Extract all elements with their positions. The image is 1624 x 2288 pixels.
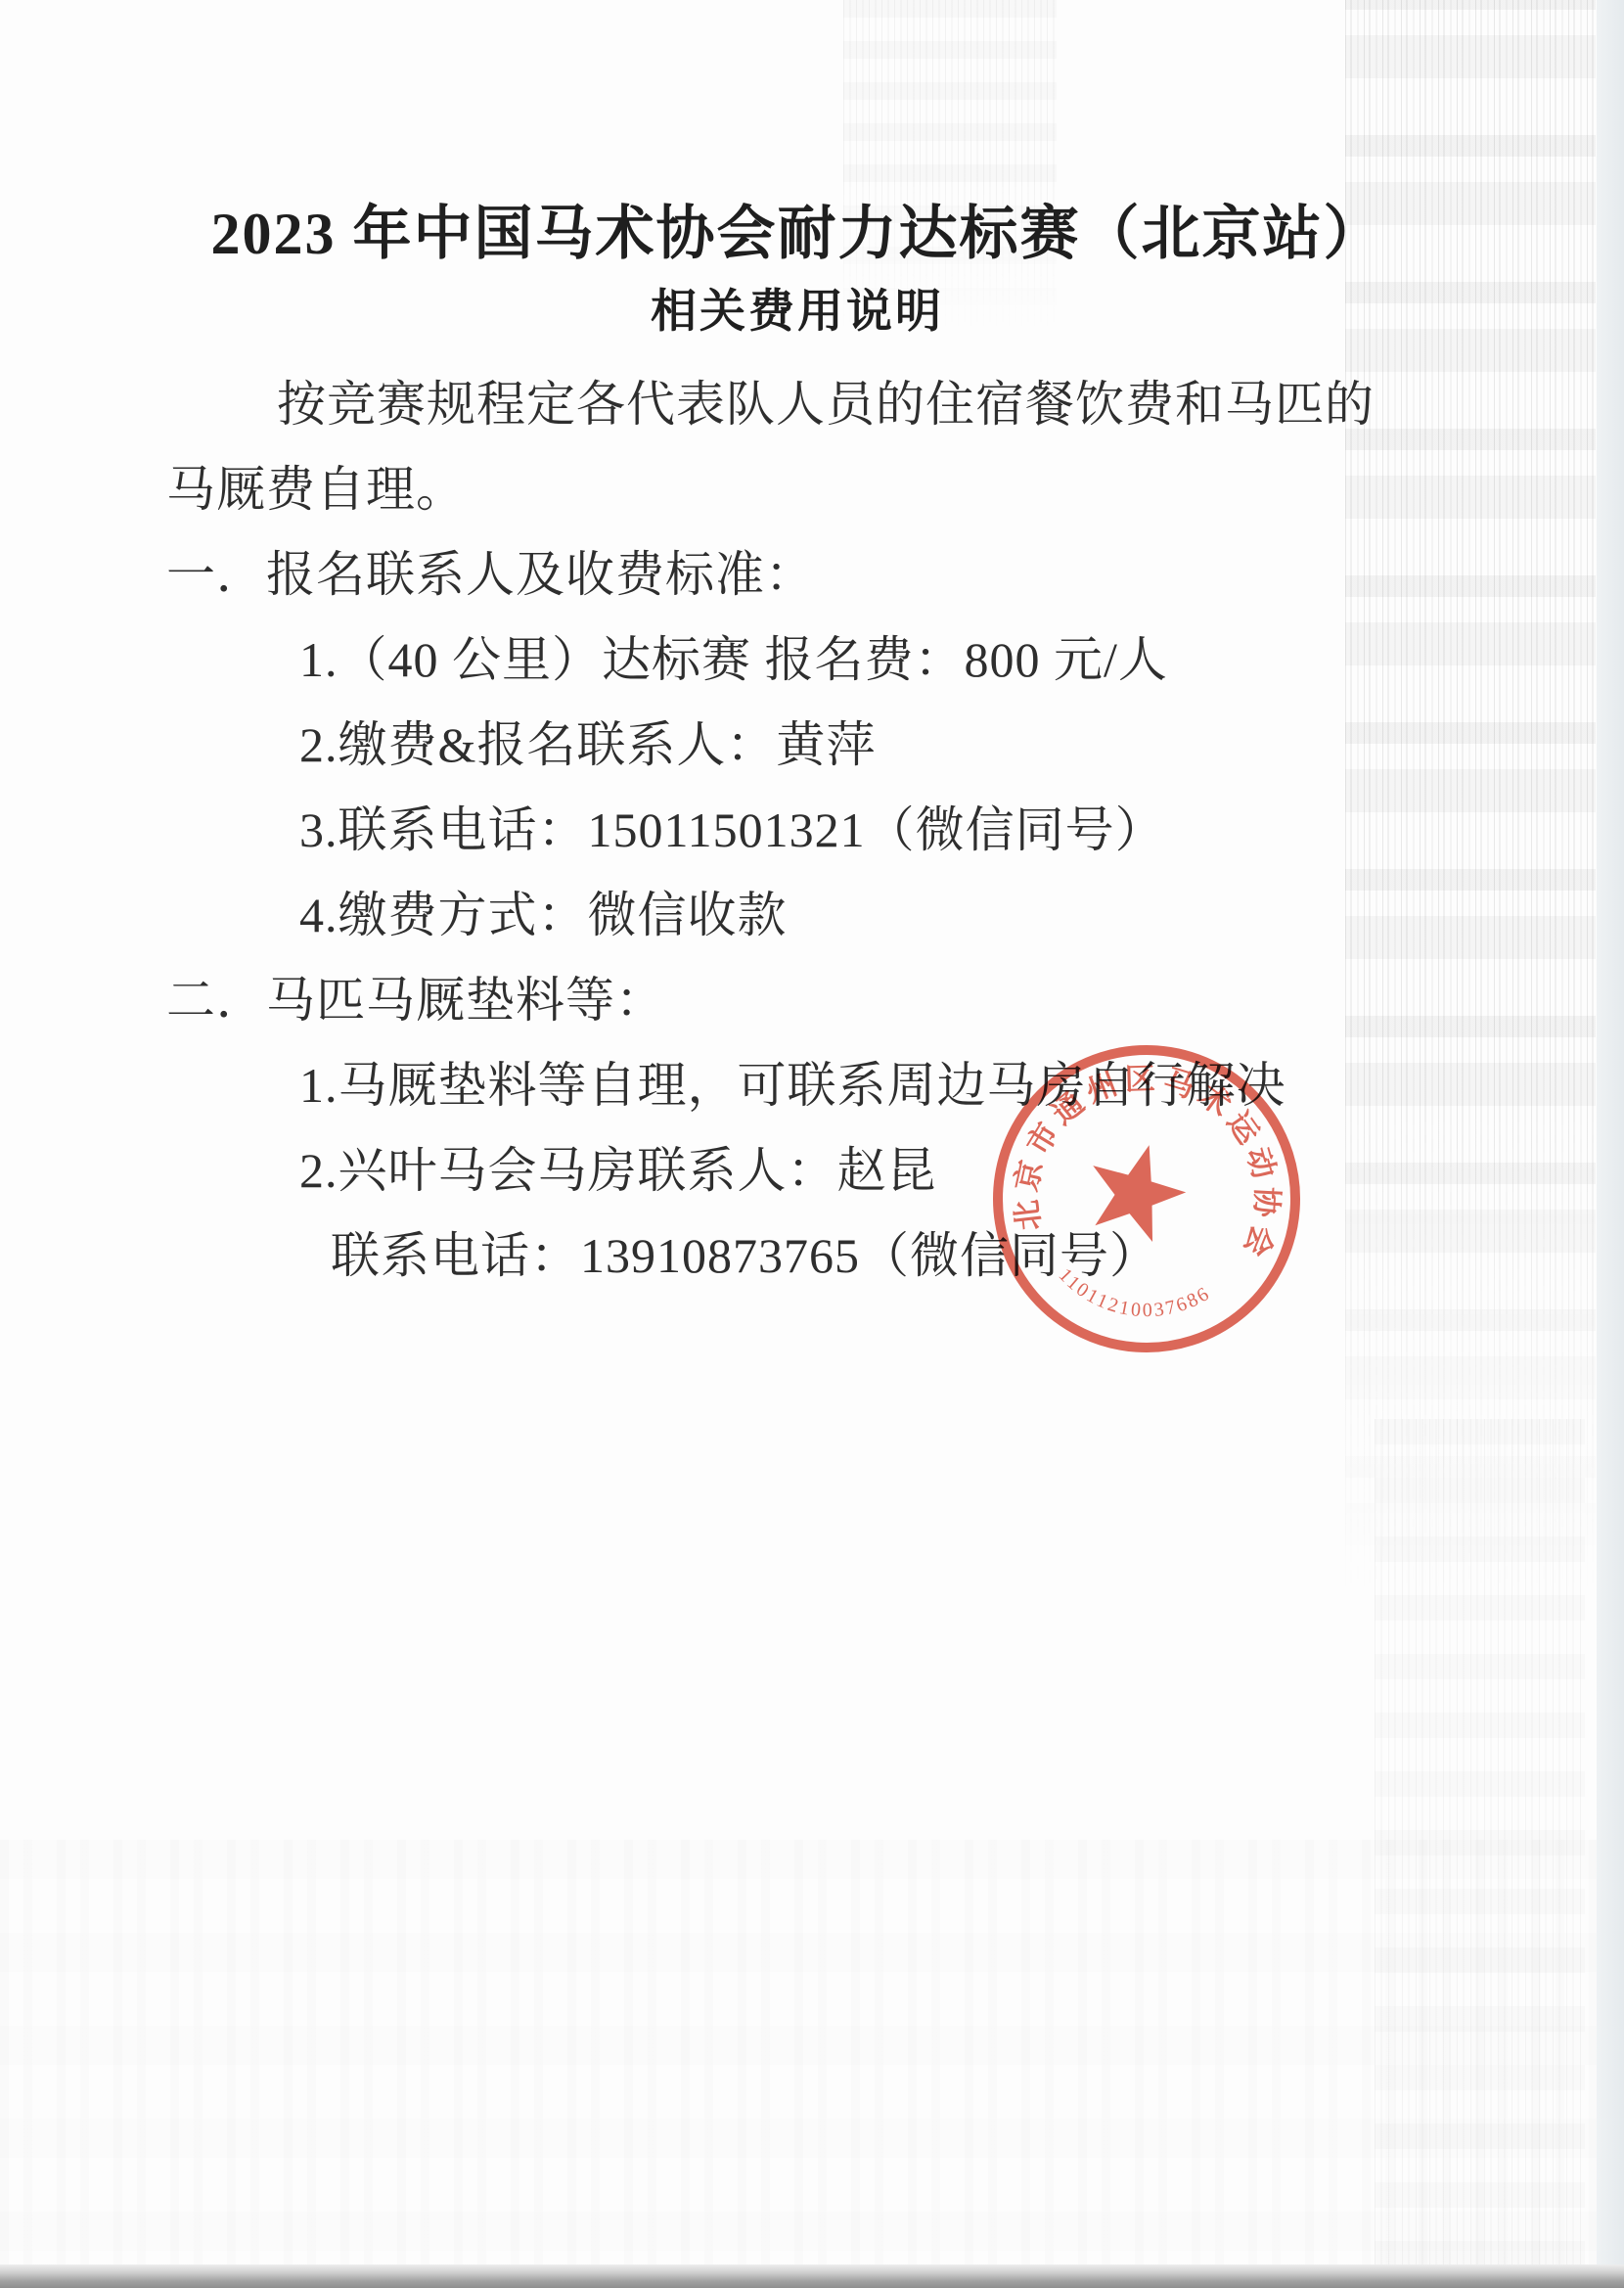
intro-line-1: 按竞赛规程定各代表队人员的住宿餐饮费和马匹的 xyxy=(277,374,1375,435)
section2-heading: 二．马匹马厩垫料等： xyxy=(166,970,665,1031)
scan-bottom-edge xyxy=(0,2265,1624,2288)
document-subtitle: 相关费用说明 xyxy=(0,284,1595,342)
scanned-document-page: 2023 年中国马术协会耐力达标赛（北京站） 相关费用说明 按竞赛规程定各代表队… xyxy=(0,0,1624,2288)
seal-graphic: 北京市通州区马术运动协会 11011210037686 xyxy=(980,1032,1313,1365)
seal-star-icon xyxy=(1088,1141,1189,1244)
intro-line-2: 马厩费自理。 xyxy=(166,459,466,521)
section1-item-3: 3.联系电话：15011501321（微信同号） xyxy=(299,800,1165,861)
red-seal-stamp: 北京市通州区马术运动协会 11011210037686 xyxy=(980,1032,1313,1365)
section1-item-4: 4.缴费方式：微信收款 xyxy=(299,885,788,946)
section1-item-2: 2.缴费&报名联系人：黄萍 xyxy=(299,714,876,776)
scan-noise-bottom xyxy=(0,1840,1624,2265)
section1-heading: 一．报名联系人及收费标准： xyxy=(166,544,815,606)
scan-noise-top xyxy=(843,0,1057,333)
section1-item-1: 1.（40 公里）达标赛 报名费：800 元/人 xyxy=(299,629,1168,691)
section2-item-2: 2.兴叶马会马房联系人：赵昆 xyxy=(299,1140,937,1202)
svg-text:11011210037686: 11011210037686 xyxy=(1052,1263,1216,1326)
seal-number-text: 11011210037686 xyxy=(1052,1263,1216,1326)
document-title: 2023 年中国马术协会耐力达标赛（北京站） xyxy=(0,198,1595,271)
scan-edge-strip xyxy=(1597,0,1624,2288)
